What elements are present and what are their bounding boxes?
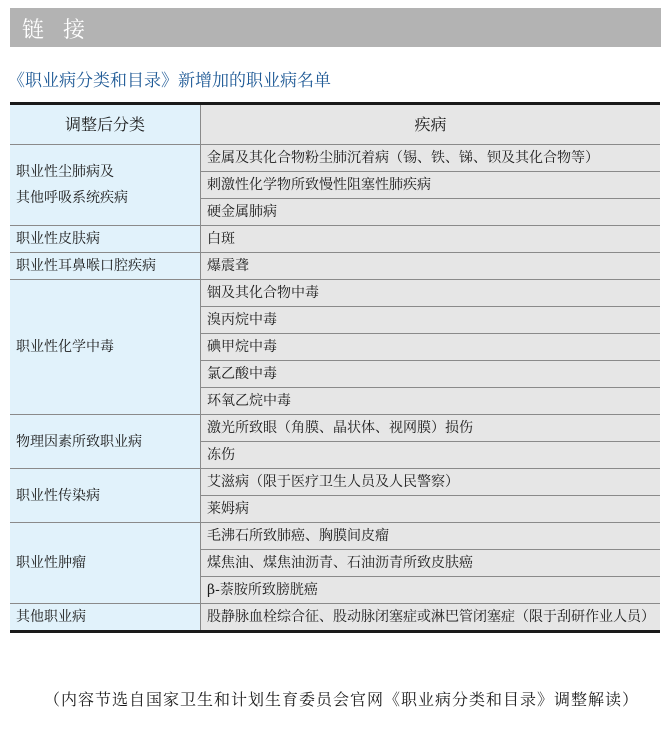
category-cell: 物理因素所致职业病 bbox=[10, 415, 201, 469]
header-disease: 疾病 bbox=[201, 104, 661, 145]
table-row: 其他职业病 股静脉血栓综合征、股动脉闭塞症或淋巴管闭塞症（限于刮研作业人员） bbox=[10, 604, 660, 632]
disease-cell: 莱姆病 bbox=[201, 496, 661, 523]
disease-cell: 环氧乙烷中毒 bbox=[201, 388, 661, 415]
disease-cell: 煤焦油、煤焦油沥青、石油沥青所致皮肤癌 bbox=[201, 550, 661, 577]
disease-cell: 氯乙酸中毒 bbox=[201, 361, 661, 388]
disease-cell: 溴丙烷中毒 bbox=[201, 307, 661, 334]
source-note: （内容节选自国家卫生和计划生育委员会官网《职业病分类和目录》调整解读） bbox=[12, 683, 662, 716]
disease-cell: 爆震聋 bbox=[201, 253, 661, 280]
disease-cell: 冻伤 bbox=[201, 442, 661, 469]
disease-cell: 铟及其化合物中毒 bbox=[201, 280, 661, 307]
category-cell: 职业性尘肺病及 其他呼吸系统疾病 bbox=[10, 145, 201, 226]
disease-cell: 碘甲烷中毒 bbox=[201, 334, 661, 361]
category-cell: 职业性耳鼻喉口腔疾病 bbox=[10, 253, 201, 280]
category-line: 职业性尘肺病及 bbox=[16, 159, 194, 185]
category-cell: 职业性传染病 bbox=[10, 469, 201, 523]
category-cell: 职业性化学中毒 bbox=[10, 280, 201, 415]
category-cell: 其他职业病 bbox=[10, 604, 201, 632]
table-row: 职业性耳鼻喉口腔疾病 爆震聋 bbox=[10, 253, 660, 280]
table-title: 《职业病分类和目录》新增加的职业病名单 bbox=[8, 66, 331, 91]
category-cell: 职业性皮肤病 bbox=[10, 226, 201, 253]
table-header-row: 调整后分类 疾病 bbox=[10, 104, 660, 145]
disease-cell: β-萘胺所致膀胱癌 bbox=[201, 577, 661, 604]
disease-cell: 激光所致眼（角膜、晶状体、视网膜）损伤 bbox=[201, 415, 661, 442]
disease-cell: 白斑 bbox=[201, 226, 661, 253]
table-row: 职业性尘肺病及 其他呼吸系统疾病 金属及其化合物粉尘肺沉着病（锡、铁、锑、钡及其… bbox=[10, 145, 660, 172]
disease-cell: 刺激性化学物所致慢性阻塞性肺疾病 bbox=[201, 172, 661, 199]
table-row: 职业性肿瘤 毛沸石所致肺癌、胸膜间皮瘤 bbox=[10, 523, 660, 550]
table-row: 物理因素所致职业病 激光所致眼（角膜、晶状体、视网膜）损伤 bbox=[10, 415, 660, 442]
table-row: 职业性化学中毒 铟及其化合物中毒 bbox=[10, 280, 660, 307]
disease-cell: 毛沸石所致肺癌、胸膜间皮瘤 bbox=[201, 523, 661, 550]
banner-title: 链 接 bbox=[22, 13, 91, 44]
header-category: 调整后分类 bbox=[10, 104, 201, 145]
disease-cell: 硬金属肺病 bbox=[201, 199, 661, 226]
category-cell: 职业性肿瘤 bbox=[10, 523, 201, 604]
category-line: 其他呼吸系统疾病 bbox=[16, 185, 194, 211]
disease-cell: 股静脉血栓综合征、股动脉闭塞症或淋巴管闭塞症（限于刮研作业人员） bbox=[201, 604, 661, 632]
disease-cell: 艾滋病（限于医疗卫生人员及人民警察） bbox=[201, 469, 661, 496]
table-row: 职业性传染病 艾滋病（限于医疗卫生人员及人民警察） bbox=[10, 469, 660, 496]
table-row: 职业性皮肤病 白斑 bbox=[10, 226, 660, 253]
disease-cell: 金属及其化合物粉尘肺沉着病（锡、铁、锑、钡及其化合物等） bbox=[201, 145, 661, 172]
disease-table: 调整后分类 疾病 职业性尘肺病及 其他呼吸系统疾病 金属及其化合物粉尘肺沉着病（… bbox=[10, 102, 660, 633]
section-banner: 链 接 bbox=[10, 8, 661, 47]
